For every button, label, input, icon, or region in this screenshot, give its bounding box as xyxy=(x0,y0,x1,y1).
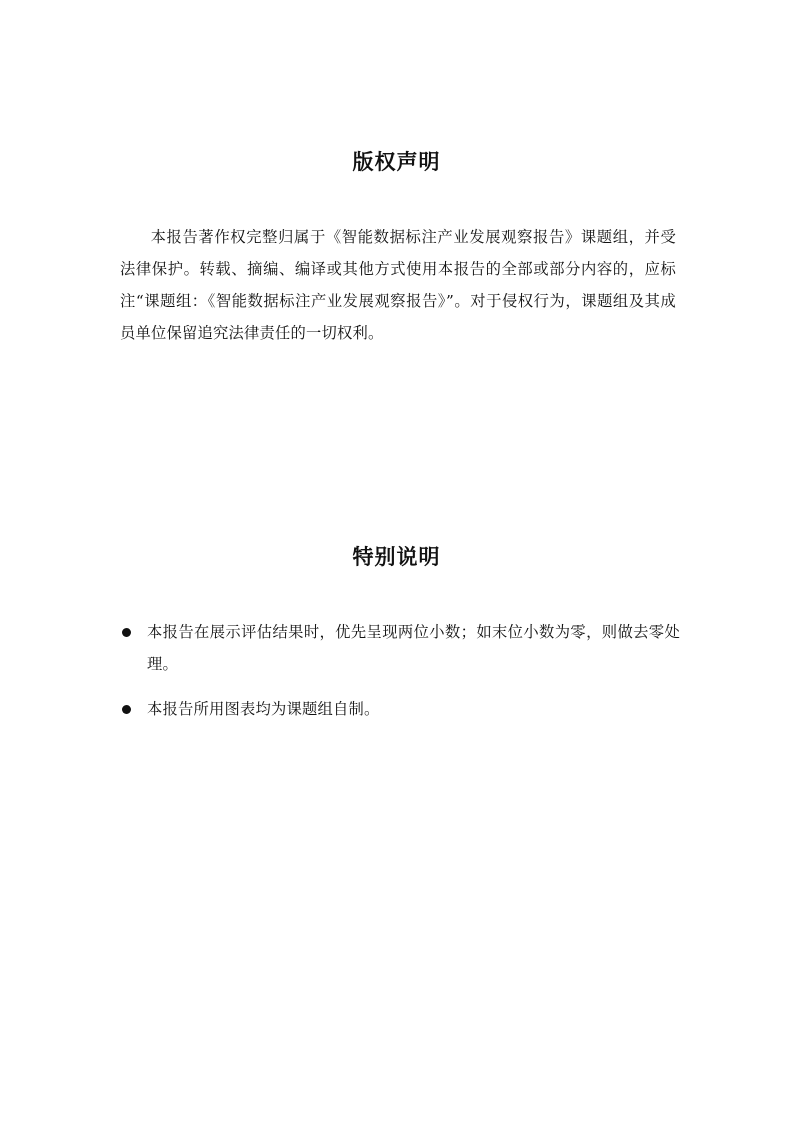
list-item-text: 本报告在展示评估结果时，优先呈现两位小数；如末位小数为零，则做去零处理。 xyxy=(147,623,680,673)
copyright-paragraph: 本报告著作权完整归属于《智能数据标注产业发展观察报告》课题组，并受法律保护。转载… xyxy=(120,221,676,349)
list-item-text: 本报告所用图表均为课题组自制。 xyxy=(147,700,379,718)
bullet-icon xyxy=(122,628,131,637)
copyright-title: 版权声明 xyxy=(0,146,793,176)
special-notes-title: 特别说明 xyxy=(0,541,793,571)
list-item: 本报告所用图表均为课题组自制。 xyxy=(120,693,680,725)
document-page: 版权声明 本报告著作权完整归属于《智能数据标注产业发展观察报告》课题组，并受法律… xyxy=(0,0,793,1122)
list-item: 本报告在展示评估结果时，优先呈现两位小数；如末位小数为零，则做去零处理。 xyxy=(120,616,680,680)
special-notes-list: 本报告在展示评估结果时，优先呈现两位小数；如末位小数为零，则做去零处理。 本报告… xyxy=(120,616,680,738)
bullet-icon xyxy=(122,705,131,714)
